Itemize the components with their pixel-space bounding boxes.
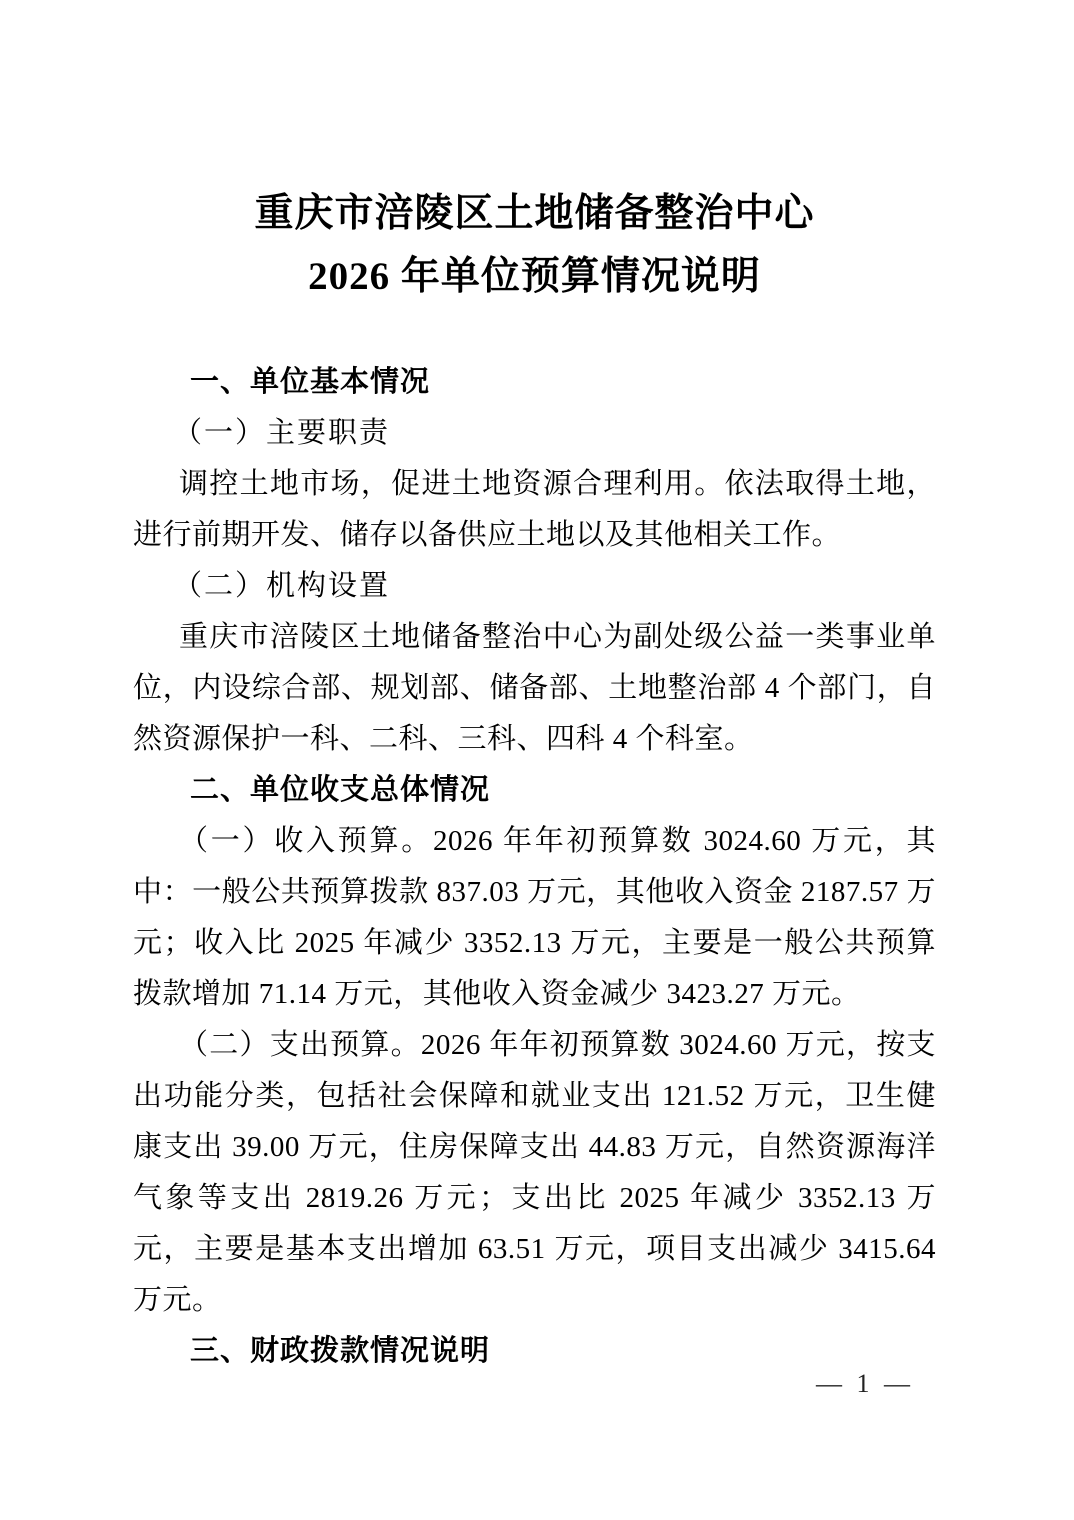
subheading-org-structure: （二）机构设置	[133, 561, 936, 612]
paragraph-org-structure: 重庆市涪陵区土地储备整治中心为副处级公益一类事业单位，内设综合部、规划部、储备部…	[133, 612, 936, 765]
document-title-line1: 重庆市涪陵区土地储备整治中心	[133, 182, 936, 245]
paragraph-main-duties: 调控土地市场，促进土地资源合理利用。依法取得土地，进行前期开发、储存以备供应土地…	[133, 459, 936, 561]
document-title: 重庆市涪陵区土地储备整治中心 2026 年单位预算情况说明	[133, 182, 936, 308]
page-number: — 1 —	[816, 1368, 914, 1400]
paragraph-revenue-budget: （一）收入预算。2026 年年初预算数 3024.60 万元，其中：一般公共预算…	[133, 816, 936, 1020]
document-title-line2: 2026 年单位预算情况说明	[133, 245, 936, 308]
section-heading-revenue-expenditure: 二、单位收支总体情况	[133, 765, 936, 816]
document-page: 重庆市涪陵区土地储备整治中心 2026 年单位预算情况说明 一、单位基本情况 （…	[0, 0, 1074, 1520]
paragraph-expenditure-budget: （二）支出预算。2026 年年初预算数 3024.60 万元，按支出功能分类，包…	[133, 1020, 936, 1326]
subheading-main-duties: （一）主要职责	[133, 408, 936, 459]
section-heading-basic-info: 一、单位基本情况	[133, 357, 936, 408]
document-body: 一、单位基本情况 （一）主要职责 调控土地市场，促进土地资源合理利用。依法取得土…	[133, 357, 936, 1377]
